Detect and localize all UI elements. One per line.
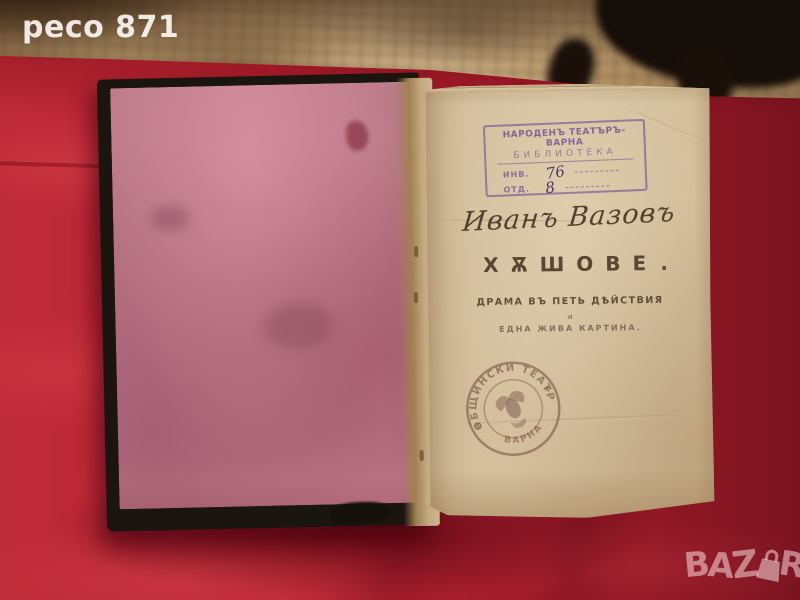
stamp-dash-line: [574, 170, 618, 173]
stamp-dash-line: [565, 185, 609, 188]
red-stain: [346, 120, 369, 150]
section-number-handwritten: 8: [545, 182, 556, 193]
book-inside-cover: [97, 72, 429, 531]
bazar-letter: R: [777, 546, 800, 584]
round-theatre-stamp: ОБЩИНСКИ ТЕАТРЪ ВАРНА ✱ ✱: [448, 343, 579, 474]
smudge-stain: [263, 302, 334, 350]
watermark-seller-name: peco 871: [22, 10, 179, 45]
book-title-text: ХѪШОВЕ: [483, 251, 658, 277]
inventory-label: ИНВ.: [503, 170, 530, 180]
book-subtitle: ДРАМА ВЪ ПЕТЬ ДѢЙСТВИЯ: [428, 294, 712, 308]
binding-stitch: [414, 246, 418, 257]
title-page: НАРОДЕНЪ ТЕАТЪРЪ-ВАРНА БИБЛИОТЕКА ИНВ. 7…: [425, 82, 714, 519]
library-stamp: НАРОДЕНЪ ТЕАТЪРЪ-ВАРНА БИБЛИОТЕКА ИНВ. 7…: [483, 119, 648, 197]
inventory-number-handwritten: 76: [545, 166, 565, 179]
author-signature: Иванъ Вазовъ: [425, 195, 713, 239]
book-title-period: .: [660, 251, 668, 275]
binding-stitch: [414, 292, 418, 303]
book-subtitle2: ЕДНА ЖИВА КАРТИНА.: [428, 322, 712, 334]
section-label: ОТД.: [503, 184, 530, 194]
binding-stitch: [420, 450, 424, 461]
book-title: ХѪШОВЕ.: [427, 250, 711, 277]
dark-stain: [150, 205, 191, 232]
pink-endpaper: [110, 81, 428, 509]
subtitle-and: и: [428, 311, 712, 322]
round-stamp-svg: ОБЩИНСКИ ТЕАТРЪ ВАРНА ✱ ✱: [448, 343, 579, 474]
photo-scene: НАРОДЕНЪ ТЕАТЪРЪ-ВАРНА БИБЛИОТЕКА ИНВ. 7…: [0, 0, 800, 600]
bazar-logo: B A Z R: [684, 548, 800, 582]
